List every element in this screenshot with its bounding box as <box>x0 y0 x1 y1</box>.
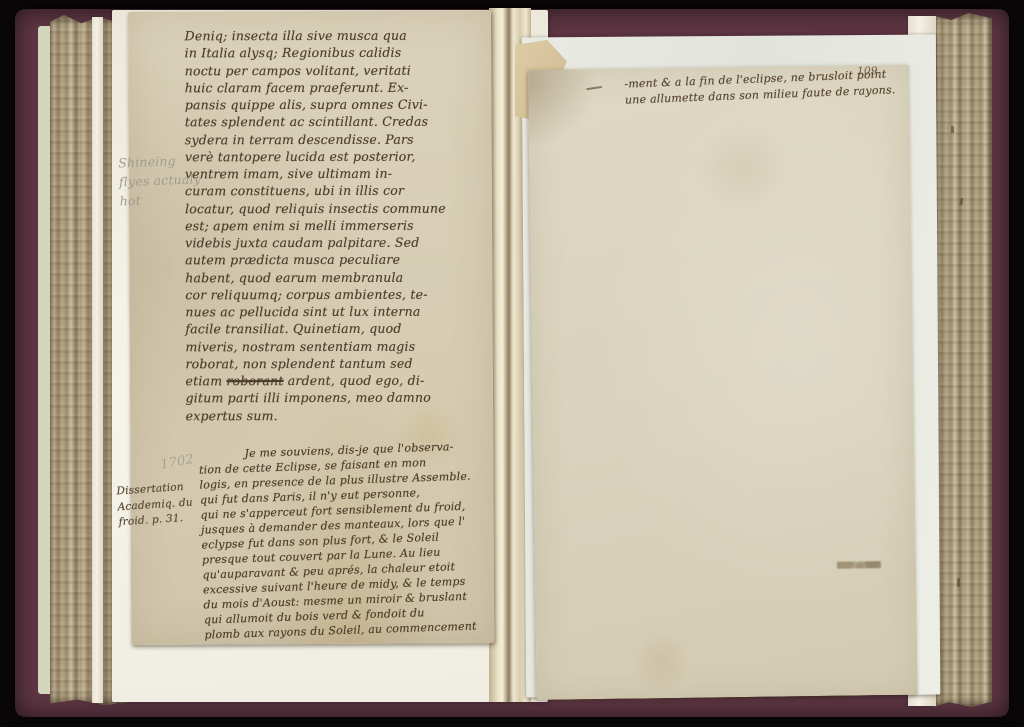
latin-line: tates splendent ac scintillant. Credas <box>185 113 487 131</box>
latin-line: in Italia alysq; Regionibus calidis <box>185 44 487 62</box>
left-manuscript-page: Deniq; insecta illa sive musca qua in It… <box>128 10 494 645</box>
pencil-note-line: flyes actualy <box>119 169 202 191</box>
right-page-edges <box>934 13 992 707</box>
latin-line: miveris, nostram sententiam magis <box>185 337 487 355</box>
right-manuscript-page: 109 -ment & a la fin de l'eclipse, ne br… <box>528 65 918 700</box>
latin-line: ventrem imam, sive ultimam in- <box>185 165 487 183</box>
latin-line: curam constituens, ubi in illis cor <box>185 182 487 200</box>
latin-line: huic claram facem praeferunt. Ex- <box>185 78 487 96</box>
latin-line: sydera in terram descendisse. Pars <box>185 130 487 148</box>
latin-text-block: Deniq; insecta illa sive musca qua in It… <box>185 27 488 425</box>
latin-strike-before: etiam <box>186 373 227 388</box>
pencil-year-note: 1702 <box>159 452 195 473</box>
latin-line: videbis juxta caudam palpitare. Sed <box>185 234 487 252</box>
latin-line: gitum parti illi imponens, meo damno <box>186 389 488 407</box>
fore-edge-mark <box>951 126 954 133</box>
open-manuscript-book-photo: Deniq; insecta illa sive musca qua in It… <box>0 0 1024 727</box>
latin-line: facile transiliat. Quinetiam, quod <box>185 320 487 338</box>
latin-line: habent, quod earum membranula <box>185 268 487 286</box>
latin-line: verè tantopere lucida est posterior, <box>185 147 487 165</box>
latin-struck-word: roborant <box>226 373 283 388</box>
pencil-margin-note: Shineing flyes actualy hot <box>118 150 202 210</box>
french-text-block: Je me souviens, dis-je que l'observa- ti… <box>198 438 494 643</box>
latin-line-with-strikethrough: etiam roborant ardent, quod ego, di- <box>186 372 488 390</box>
latin-strike-after: ardent, quod ego, di- <box>284 373 425 388</box>
fore-edge-mark <box>957 578 960 587</box>
ink-margin-note: Dissertation Academiq. du froid. p. 31. <box>116 479 194 530</box>
right-page-text-block: -ment & a la fin de l'eclipse, ne bruslo… <box>624 66 911 108</box>
ink-dash-mark <box>586 86 602 90</box>
latin-line: expertus sum. <box>186 406 488 424</box>
latin-line: nues ac pellucida sint ut lux interna <box>185 303 487 321</box>
pencil-note-line: hot <box>119 188 202 210</box>
latin-line: noctu per campos volitant, veritati <box>185 61 487 79</box>
latin-line: Deniq; insecta illa sive musca qua <box>185 27 487 45</box>
latin-line: cor reliquumq; corpus ambientes, te- <box>185 285 487 303</box>
latin-line: est; apem enim si melli immerseris <box>185 216 487 234</box>
latin-line: autem prædicta musca peculiare <box>185 251 487 269</box>
left-interleaf-sheet <box>92 17 103 703</box>
latin-line: pansis quippe alis, supra omnes Civi- <box>185 96 487 114</box>
latin-line: locatur, quod reliquis insectis commune <box>185 199 487 217</box>
latin-line: roborat, non splendent tantum sed <box>185 354 487 372</box>
offset-ink-smudge <box>837 561 881 569</box>
